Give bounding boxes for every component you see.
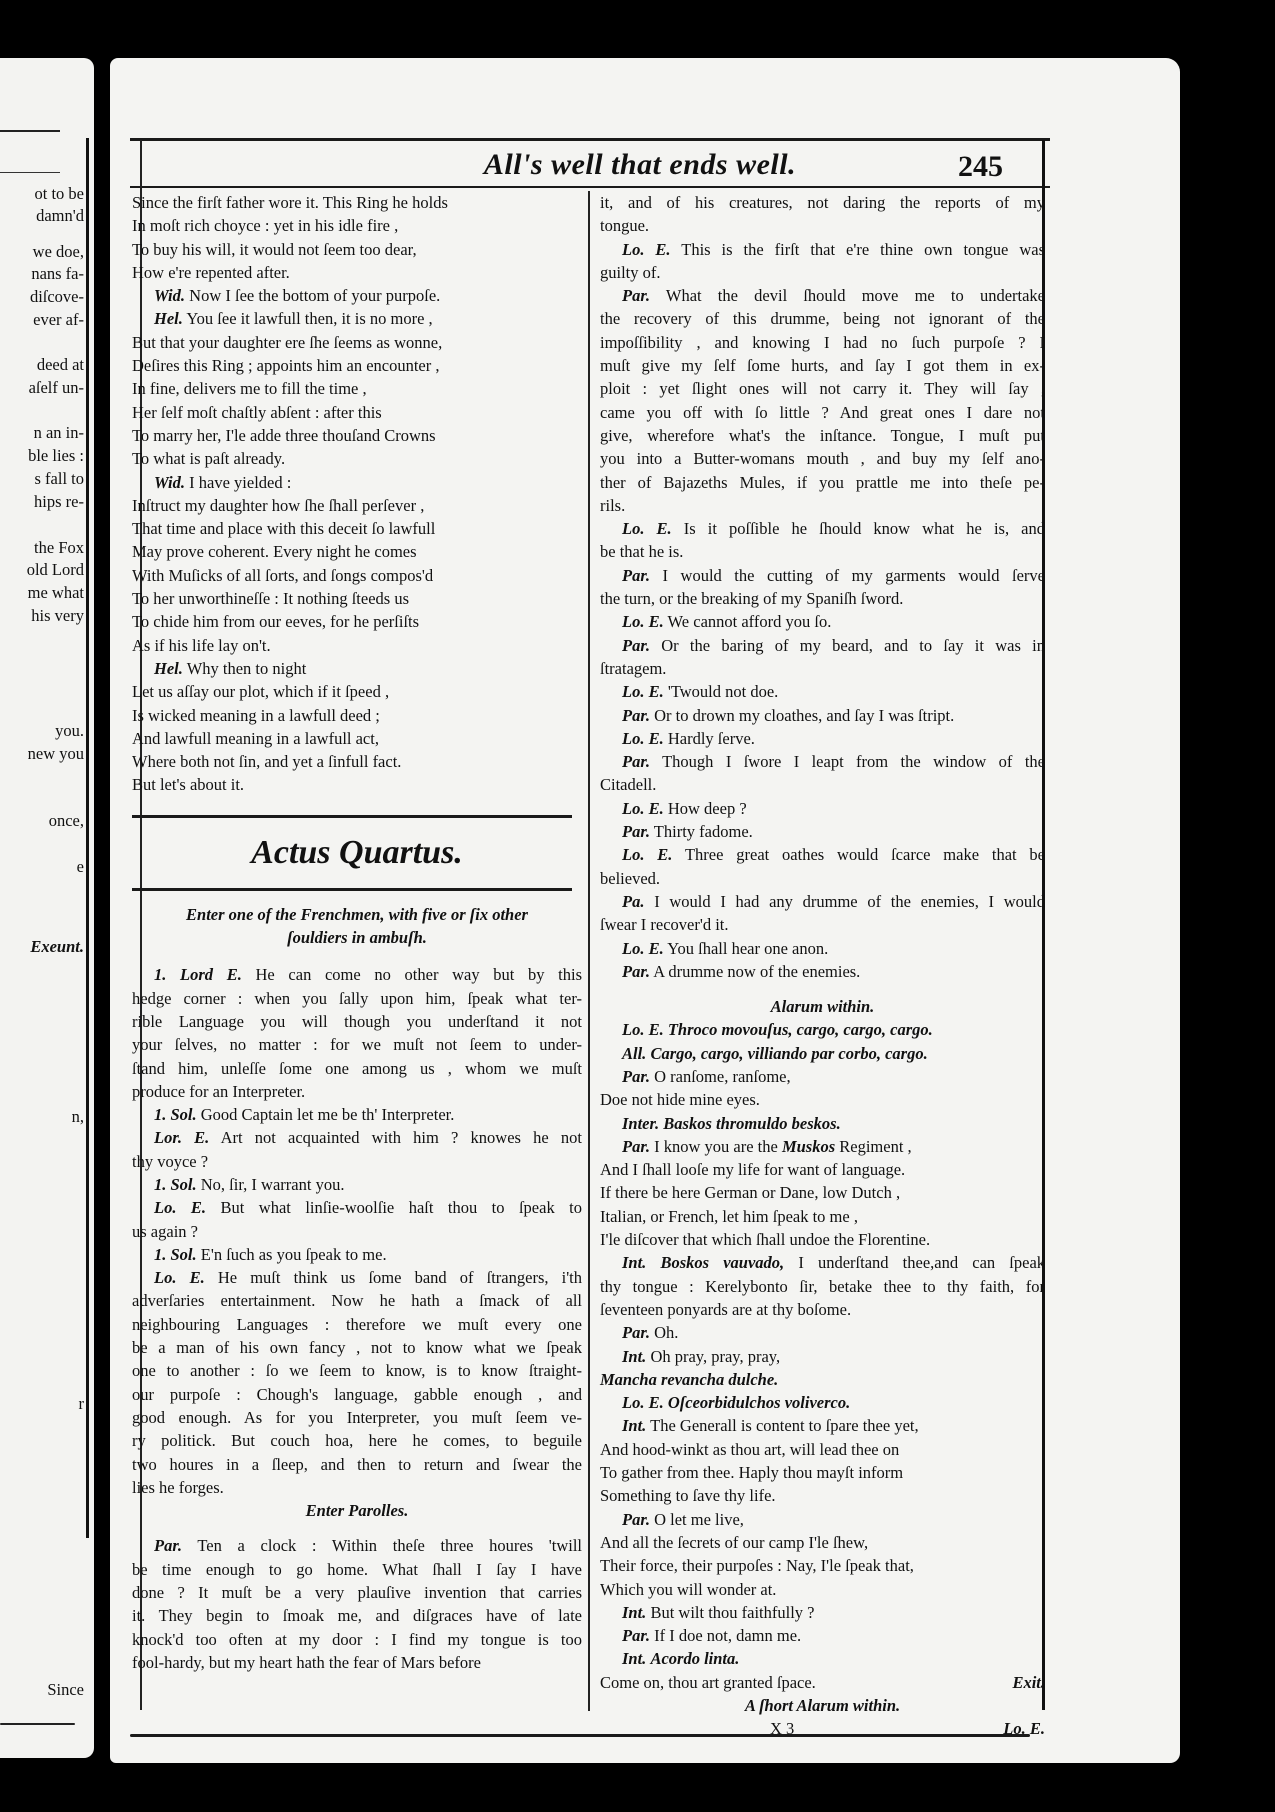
speech-line: 1. Sol. No, ſir, I warrant you. (132, 1173, 582, 1196)
speaker-name: Hel. (154, 309, 183, 328)
verse-line: To gather from thee. Haply thou mayſt in… (600, 1461, 1045, 1484)
speech-line: All. Cargo, cargo, villiando par corbo, … (600, 1042, 1045, 1065)
prose-line: us again ? (132, 1220, 582, 1243)
speech-text: Throco movouſus, cargo, cargo, cargo. (668, 1020, 933, 1039)
prose-text: believed. (600, 869, 660, 888)
previous-page-fragment: ot to be (35, 183, 85, 205)
speech-text: Oſceorbidulchos voliverco. (668, 1393, 850, 1412)
speech-line: Lo. E. We cannot afford you ſo. (600, 610, 1045, 633)
speaker-name: 1. Sol. (154, 1175, 197, 1194)
speaker-name: Lo. E. (622, 519, 672, 538)
prose-text: done ? It muſt be a very plauſive invent… (132, 1583, 582, 1602)
speaker-name: Int. (622, 1253, 646, 1272)
verse-line: But that your daughter ere ſhe ſeems as … (132, 331, 582, 354)
speech-line: Lo. E. Hardly ſerve. (600, 727, 1045, 750)
exit-direction: Exit. (1012, 1671, 1045, 1694)
speech-text: You ſhall hear one anon. (667, 939, 828, 958)
previous-page-fragment: diſcove- (30, 286, 84, 308)
verse-line: Deſires this Ring ; appoints him an enco… (132, 354, 582, 377)
prose-line: good enough. As for you Interpreter, you… (132, 1406, 582, 1429)
prose-line: two houres in a ſleep, and then to retur… (132, 1453, 582, 1476)
prose-line: fool-hardy, but my heart hath the fear o… (132, 1651, 582, 1674)
prose-line: thy voyce ? (132, 1150, 582, 1173)
speaker-name: Lo. E. (622, 939, 664, 958)
prose-text: be that he is. (600, 542, 683, 561)
prose-line: Par. Though I ſwore I leapt from the win… (600, 750, 1045, 773)
speech-text: We cannot afford you ſo. (668, 612, 832, 631)
verse-line: Is wicked meaning in a lawfull deed ; (132, 704, 582, 727)
prose-text: rils. (600, 496, 625, 515)
speaker-name: Par. (622, 822, 650, 841)
prose-line: rils. (600, 494, 1045, 517)
speaker-name: Par. (622, 752, 650, 771)
prose-line: be that he is. (600, 540, 1045, 563)
previous-page-fragment: ble lies : (28, 445, 84, 467)
speech-text: Cargo, cargo, villiando par corbo, cargo… (650, 1044, 927, 1063)
prose-line: Lo. E. He muſt think us ſome band of ſtr… (132, 1266, 582, 1289)
previous-page-fragment: once, (49, 810, 84, 832)
speech-text: O ranſome, ranſome, (654, 1067, 791, 1086)
speech-text: I have yielded : (189, 473, 291, 492)
speech-line: 1. Sol. Good Captain let me be th' Inter… (132, 1103, 582, 1126)
verse-line: Doe not hide mine eyes. (600, 1088, 1045, 1111)
footer-row: X 3 Lo. E. (600, 1717, 1045, 1740)
prose-text: knock'd too often at my door : I find my… (132, 1630, 582, 1649)
previous-page-fragment: you. (55, 720, 84, 742)
verse-line: Inſtruct my daughter how ſhe ſhall perſe… (132, 494, 582, 517)
prose-text: guilty of. (600, 263, 661, 282)
speech-line: Par. If I doe not, damn me. (600, 1624, 1045, 1647)
stage-direction-alarum: Alarum within. (600, 995, 1045, 1018)
prose-text: He can come no other way but by this (256, 965, 583, 984)
previous-page-fragment: old Lord (27, 559, 84, 581)
speech-line: Int. But wilt thou faithfully ? (600, 1601, 1045, 1624)
italic-verse-line: Mancha revancha dulche. (600, 1368, 1045, 1391)
speaker-name: Lo. E. (622, 1020, 664, 1039)
prose-line: Lo. E. Three great oathes would ſcarce m… (600, 843, 1045, 866)
prose-line: be a man of his own fancy , not to know … (132, 1336, 582, 1359)
speech-line: Int. Oh pray, pray, pray, (600, 1345, 1045, 1368)
verse-line: Since the firſt father wore it. This Rin… (132, 191, 582, 214)
prose-line: knock'd too often at my door : I find my… (132, 1628, 582, 1651)
speaker-name: Par. (622, 706, 650, 725)
verse-line: And all the ſecrets of our camp I'le ſhe… (600, 1531, 1045, 1554)
prose-text: two houres in a ſleep, and then to retur… (132, 1455, 582, 1474)
speaker-name: Par. (622, 1137, 650, 1156)
prose-line: ploit : yet ſlight ones will not carry i… (600, 377, 1045, 400)
prose-text: Though I ſwore I leapt from the window o… (662, 752, 1045, 771)
prose-line: ſwear I recover'd it. (600, 913, 1045, 936)
prose-line: guilty of. (600, 261, 1045, 284)
previous-page-fragment: me what (28, 582, 84, 604)
prose-text: one to another : ſo we ſeem to know, is … (132, 1361, 582, 1380)
prose-text: you into a Butter-womans mouth , and buy… (600, 449, 1045, 468)
prose-line: you into a Butter-womans mouth , and buy… (600, 447, 1045, 470)
speech-text: But wilt thou faithfully ? (650, 1603, 814, 1622)
prose-text: be a man of his own fancy , not to know … (132, 1338, 582, 1357)
act-title: Actus Quartus. (132, 818, 582, 888)
verse-line: How e're repented after. (132, 261, 582, 284)
speaker-name: Wid. (154, 286, 185, 305)
prose-text: produce for an Interpreter. (132, 1082, 305, 1101)
prose-line: Par. What the devil ſhould move me to un… (600, 284, 1045, 307)
prose-line: Lo. E. This is the firſt that e're thine… (600, 238, 1045, 261)
speech-text: O let me live, (654, 1510, 744, 1529)
previous-page-fragment: aſelf un- (29, 377, 84, 399)
prose-text: Or the baring of my beard, and to ſay it… (661, 636, 1045, 655)
previous-page-top-rule (0, 130, 60, 132)
prose-text: But what linſie-woolſie haſt thou to ſpe… (221, 1198, 582, 1217)
speaker-name: Lo. E. (622, 240, 671, 259)
final-line: Come on, thou art granted ſpace. (600, 1671, 816, 1694)
speech-line: Par. A drumme now of the enemies. (600, 960, 1045, 983)
speaker-name: All. (622, 1044, 646, 1063)
prose-line: Lo. E. Is it poſſible he ſhould know wha… (600, 517, 1045, 540)
prose-text: ſtratagem. (600, 659, 666, 678)
stage-direction-enter-cont: ſouldiers in ambuſh. (132, 926, 582, 949)
previous-page-fragment: his very (31, 605, 84, 627)
verse-line: To her unworthineſſe : It nothing ſteeds… (132, 587, 582, 610)
speech-text: Or to drown my cloathes, and ſay I was ſ… (654, 706, 954, 725)
speaker-name: Par. (622, 1067, 650, 1086)
prose-text: What the devil ſhould move me to underta… (666, 286, 1045, 305)
speech-line: Lo. E. 'Twould not doe. (600, 680, 1045, 703)
speaker-name: Par. (622, 1626, 650, 1645)
verse-line: To buy his will, it would not ſeem too d… (132, 238, 582, 261)
prose-text: I would I had any drumme of the enemies,… (654, 892, 1045, 911)
page-number: 245 (958, 150, 1003, 184)
prose-line: Lo. E. But what linſie-woolſie haſt thou… (132, 1196, 582, 1219)
speech-text: You ſee it lawfull then, it is no more , (186, 309, 432, 328)
speech-line: Lo. E. You ſhall hear one anon. (600, 937, 1045, 960)
prose-line: done ? It muſt be a very plauſive invent… (132, 1581, 582, 1604)
speaker-name: Lor. E. (154, 1128, 209, 1147)
prose-text: ſtand him, unleſſe ſome one among us , w… (132, 1059, 582, 1078)
verse-line: To marry her, I'le adde three thouſand C… (132, 424, 582, 447)
verse-line: To chide him from our eeves, for he perſ… (132, 610, 582, 633)
speaker-name: Lo. E. (154, 1198, 206, 1217)
speech-line: Lo. E. How deep ? (600, 797, 1045, 820)
speaker-name: Int. (622, 1649, 646, 1668)
prose-text: the turn, or the breaking of my Spaniſh … (600, 589, 903, 608)
prose-line: ſtand him, unleſſe ſome one among us , w… (132, 1057, 582, 1080)
verse-line: I'le diſcover that which ſhall undoe the… (600, 1228, 1045, 1251)
verse-line: To what is paſt already. (132, 447, 582, 470)
dialogue-parolles-lords: it, and of his creatures, not daring the… (600, 191, 1045, 983)
speech-line: Lo. E. Oſceorbidulchos voliverco. (600, 1391, 1045, 1414)
speech-text: Why then to night (187, 659, 307, 678)
verse-line: If there be here German or Dane, low Dut… (600, 1181, 1045, 1204)
speech-line: Par. Thirty fadome. (600, 820, 1045, 843)
prose-line: ſeventeen ponyards are at thy boſome. (600, 1298, 1045, 1321)
speech-text: If I doe not, damn me. (654, 1626, 801, 1645)
prose-line: Par. Or the baring of my beard, and to ſ… (600, 634, 1045, 657)
speaker-name: Par. (622, 286, 650, 305)
dialogue-ambush: Lo. E. Throco movouſus, cargo, cargo, ca… (600, 1018, 1045, 1251)
speech-line: Wid. Now I ſee the bottom of your purpoſ… (132, 284, 582, 307)
top-rule (130, 138, 1050, 141)
speaker-name: Lo. E. (622, 612, 664, 631)
previous-page-bottom-rule (0, 1723, 75, 1725)
prose-text: muſt give my ſelf ſome hurts, and ſay I … (600, 356, 1045, 375)
previous-page-edge: ot to bedamn'dwe doe,nans fa-diſcove-eve… (0, 58, 94, 1758)
prose-text: He muſt think us ſome band of ſtrangers,… (218, 1268, 582, 1287)
verse-line: And hood-winkt as thou art, will lead th… (600, 1438, 1045, 1461)
verse-line: In moſt rich choyce : yet in his idle fi… (132, 214, 582, 237)
speech-text: How deep ? (668, 799, 747, 818)
prose-line: one to another : ſo we ſeem to know, is … (132, 1359, 582, 1382)
prose-text: ploit : yet ſlight ones will not carry i… (600, 379, 1045, 398)
prose-text: came you off with ſo little ? And great … (600, 403, 1045, 422)
verse-line: Where both not ſin, and yet a ſinfull fa… (132, 750, 582, 773)
previous-page-fragment: new you (28, 743, 84, 765)
speech-line: Par. Or to drown my cloathes, and ſay I … (600, 704, 1045, 727)
italic-phrase: Boskos vauvado, (660, 1253, 784, 1272)
previous-page-fragment: e (77, 856, 84, 878)
previous-page-fragment: we doe, (33, 241, 84, 263)
speech-text: The Generall is content to ſpare thee ye… (650, 1416, 918, 1435)
prose-text: be time enough to go home. What ſhall I … (132, 1560, 582, 1579)
dialogue-soldiers: 1. Sol. Good Captain let me be th' Inter… (132, 1103, 582, 1499)
speaker-name: Lo. E. (622, 682, 664, 701)
verse-line: That time and place with this deceit ſo … (132, 517, 582, 540)
book-page: All's well that ends well. 245 Since the… (110, 58, 1180, 1763)
dialogue-interpreter-parolles: Par. Oh.Int. Oh pray, pray, pray,Mancha … (600, 1321, 1045, 1670)
speech-text: A drumme now of the enemies. (653, 962, 860, 981)
catchword: Lo. E. (1003, 1717, 1045, 1740)
verse-line: Their force, their purpoſes : Nay, I'le … (600, 1554, 1045, 1577)
prose-line: ſtratagem. (600, 657, 1045, 680)
speaker-name: Lo. E. (622, 1393, 664, 1412)
speech-text: Oh. (654, 1323, 678, 1342)
prose-text: I would the cutting of my garments would… (663, 566, 1046, 585)
prose-line: it, and of his creatures, not daring the… (600, 191, 1045, 214)
prose-line: Int. Boskos vauvado, I underſtand thee,a… (600, 1251, 1045, 1274)
speaker-name: Int. (622, 1603, 646, 1622)
prose-line: believed. (600, 867, 1045, 890)
verse-line: And lawfull meaning in a lawfull act, (132, 727, 582, 750)
verse-line: Her ſelf moſt chaſtly abſent : after thi… (132, 401, 582, 424)
verse-line: May prove coherent. Every night he comes (132, 540, 582, 563)
previous-page-fragment: damn'd (36, 205, 84, 227)
speaker-name: Par. (622, 1323, 650, 1342)
prose-text: good enough. As for you Interpreter, you… (132, 1408, 582, 1427)
prose-text: Citadell. (600, 775, 656, 794)
prose-line: rible Language you will though you under… (132, 1010, 582, 1033)
right-column: it, and of his creatures, not daring the… (600, 191, 1045, 1741)
prose-line: be time enough to go home. What ſhall I … (132, 1558, 582, 1581)
prose-text: thy voyce ? (132, 1152, 208, 1171)
previous-page-fragment: r (79, 1393, 85, 1415)
speech-text: Oh pray, pray, pray, (650, 1347, 780, 1366)
prose-line: impoſſibility , and knowing I had no ſuc… (600, 331, 1045, 354)
speech-line: Lo. E. Throco movouſus, cargo, cargo, ca… (600, 1018, 1045, 1041)
speaker-name: Par. (154, 1536, 182, 1555)
speaker-name: Par. (622, 962, 650, 981)
verse-line: But let's about it. (132, 773, 582, 796)
speaker-name: Int. (622, 1416, 646, 1435)
speaker-name: Par. (622, 636, 650, 655)
speaker-name: 1. Lord E. (154, 965, 242, 984)
speech-line: 1. Sol. E'n ſuch as you ſpeak to me. (132, 1243, 582, 1266)
prose-line: the turn, or the breaking of my Spaniſh … (600, 587, 1045, 610)
speaker-name: Int. (622, 1347, 646, 1366)
speaker-name: Inter. (622, 1114, 659, 1133)
prose-text: neighbouring Languages : therefore we mu… (132, 1315, 582, 1334)
speech-line: Int. Acordo linta. (600, 1647, 1045, 1670)
speech-text: No, ſir, I warrant you. (201, 1175, 345, 1194)
prose-line: produce for an Interpreter. (132, 1080, 582, 1103)
prose-text: the recovery of this drumme, being not i… (600, 309, 1045, 328)
prose-line: tongue. (600, 214, 1045, 237)
prose-line: the recovery of this drumme, being not i… (600, 307, 1045, 330)
prose-line: Pa. I would I had any drumme of the enem… (600, 890, 1045, 913)
prose-text: your ſelves, no matter : for we muſt not… (132, 1035, 582, 1054)
speech-text: Baskos thromuldo beskos. (663, 1114, 840, 1133)
prose-text: Ten a clock : Within theſe three houres … (197, 1536, 582, 1555)
previous-page-fragment: s fall to (35, 468, 85, 490)
prose-line: it. They begin to ſmoak me, and diſgrace… (132, 1604, 582, 1627)
speech-interpreter: Int. Boskos vauvado, I underſtand thee,a… (600, 1251, 1045, 1321)
previous-page-frame-line (86, 138, 89, 1538)
previous-page-title-rule (0, 172, 60, 173)
speech-line: Hel. You ſee it lawfull then, it is no m… (132, 307, 582, 330)
verse-line: And I ſhall looſe my life for want of la… (600, 1158, 1045, 1181)
previous-page-fragment: Exeunt. (30, 936, 84, 958)
speech-line: Par. O ranſome, ranſome, (600, 1065, 1045, 1088)
speaker-name: Wid. (154, 473, 185, 492)
prose-text: This is the firſt that e're thine own to… (681, 240, 1045, 259)
speech-line: Inter. Baskos thromuldo beskos. (600, 1112, 1045, 1135)
verse-line: As if his life lay on't. (132, 634, 582, 657)
signature-mark: X 3 (770, 1717, 794, 1740)
verse-line: Something to ſave thy life. (600, 1484, 1045, 1507)
prose-line: came you off with ſo little ? And great … (600, 401, 1045, 424)
speech-text: 'Twould not doe. (668, 682, 778, 701)
italic-word: Muskos (782, 1137, 835, 1156)
stage-direction-short-alarum: A ſhort Alarum within. (600, 1694, 1045, 1717)
verse-line: With Muſicks of all ſorts, and ſongs com… (132, 564, 582, 587)
verse-passage-helena-widow: Since the firſt father wore it. This Rin… (132, 191, 582, 797)
prose-text: it. They begin to ſmoak me, and diſgrace… (132, 1606, 582, 1625)
prose-text: Is it poſſible he ſhould know what he is… (684, 519, 1045, 538)
speaker-name: Par. (622, 1510, 650, 1529)
prose-line: your ſelves, no matter : for we muſt not… (132, 1033, 582, 1056)
previous-page-fragment: nans fa- (31, 263, 84, 285)
speaker-name: Lo. E. (622, 845, 672, 864)
speaker-name: Par. (622, 566, 650, 585)
speech-parolles: Par. Ten a clock : Within theſe three ho… (132, 1534, 582, 1674)
prose-line: lies he forges. (132, 1476, 582, 1499)
stage-direction-enter-parolles: Enter Parolles. (132, 1499, 582, 1522)
prose-text: hedge corner : when you ſally upon him, … (132, 989, 582, 1008)
speaker-name: Lo. E. (622, 799, 664, 818)
prose-line: Par. I would the cutting of my garments … (600, 564, 1045, 587)
prose-text: Art not acquainted with him ? knowes he … (221, 1128, 582, 1147)
prose-text: ther of Bajazeths Mules, if you prattle … (600, 473, 1045, 492)
prose-text: give, wherefore what's the inſtance. Ton… (600, 426, 1045, 445)
verse-line: Italian, or French, let him ſpeak to me … (600, 1205, 1045, 1228)
prose-line: give, wherefore what's the inſtance. Ton… (600, 424, 1045, 447)
speech-text: E'n ſuch as you ſpeak to me. (201, 1245, 387, 1264)
prose-text: us again ? (132, 1222, 198, 1241)
previous-page-fragment: n, (72, 1106, 84, 1128)
prose-line: ther of Bajazeths Mules, if you prattle … (600, 471, 1045, 494)
speech-text: Acordo linta. (650, 1649, 739, 1668)
prose-text: our purpoſe : Chough's language, gabble … (132, 1385, 582, 1404)
speaker-name: 1. Sol. (154, 1105, 197, 1124)
prose-line: muſt give my ſelf ſome hurts, and ſay I … (600, 354, 1045, 377)
speech-line: Wid. I have yielded : (132, 471, 582, 494)
speaker-name: Hel. (154, 659, 183, 678)
previous-page-fragment: the Fox (34, 537, 84, 559)
prose-line: Par. Ten a clock : Within theſe three ho… (132, 1534, 582, 1557)
speech-lord-e: 1. Lord E. He can come no other way but … (132, 963, 582, 1103)
running-title: All's well that ends well. (390, 148, 890, 182)
prose-line: Citadell. (600, 773, 1045, 796)
stage-direction-enter: Enter one of the Frenchmen, with five or… (132, 903, 582, 926)
prose-line: hedge corner : when you ſally upon him, … (132, 987, 582, 1010)
prose-text: lies he forges. (132, 1478, 224, 1497)
prose-line: our purpoſe : Chough's language, gabble … (132, 1383, 582, 1406)
verse-line: Which you will wonder at. (600, 1578, 1045, 1601)
column-divider (588, 191, 590, 1711)
speech-line: Par. I know you are the Muskos Regiment … (600, 1135, 1045, 1158)
previous-page-fragment: ever af- (33, 309, 84, 331)
speaker-name: Pa. (622, 892, 644, 911)
final-line-row: Come on, thou art granted ſpace. Exit. (600, 1671, 1045, 1694)
previous-page-fragment: hips re- (34, 491, 84, 513)
prose-line: Lor. E. Art not acquainted with him ? kn… (132, 1126, 582, 1149)
prose-line: ry politick. But couch hoa, here he come… (132, 1429, 582, 1452)
prose-text: Three great oathes would ſcarce make tha… (685, 845, 1045, 864)
title-rule (130, 186, 1050, 188)
speaker-name: 1. Sol. (154, 1245, 197, 1264)
previous-page-fragment: Since (47, 1679, 84, 1701)
speech-line: Int. The Generall is content to ſpare th… (600, 1414, 1045, 1437)
prose-text: impoſſibility , and knowing I had no ſuc… (600, 333, 1045, 352)
speaker-name: Lo. E. (154, 1268, 205, 1287)
speech-line: Hel. Why then to night (132, 657, 582, 680)
prose-line: adverſaries entertainment. Now he hath a… (132, 1289, 582, 1312)
left-column: Since the firſt father wore it. This Rin… (132, 191, 582, 1674)
previous-page-fragment: deed at (37, 354, 84, 376)
prose-text: rible Language you will though you under… (132, 1012, 582, 1031)
speech-line: Par. O let me live, (600, 1508, 1045, 1531)
previous-page-fragment: n an in- (34, 422, 84, 444)
prose-line: thy tongue : Kerelybonto ſir, betake the… (600, 1275, 1045, 1298)
prose-text: fool-hardy, but my heart hath the fear o… (132, 1653, 481, 1672)
prose-text: ry politick. But couch hoa, here he come… (132, 1431, 582, 1450)
prose-line: neighbouring Languages : therefore we mu… (132, 1313, 582, 1336)
speech-text: Good Captain let me be th' Interpreter. (201, 1105, 455, 1124)
speech-text: Thirty fadome. (654, 822, 753, 841)
verse-line: Let us aſſay our plot, which if it ſpeed… (132, 680, 582, 703)
speech-line: Par. Oh. (600, 1321, 1045, 1344)
speech-text: Hardly ſerve. (668, 729, 755, 748)
verse-line: In fine, delivers me to fill the time , (132, 377, 582, 400)
prose-text: ſwear I recover'd it. (600, 915, 729, 934)
prose-text: adverſaries entertainment. Now he hath a… (132, 1291, 582, 1310)
speaker-name: Lo. E. (622, 729, 664, 748)
speech-text: Now I ſee the bottom of your purpoſe. (189, 286, 440, 305)
prose-line: 1. Lord E. He can come no other way but … (132, 963, 582, 986)
